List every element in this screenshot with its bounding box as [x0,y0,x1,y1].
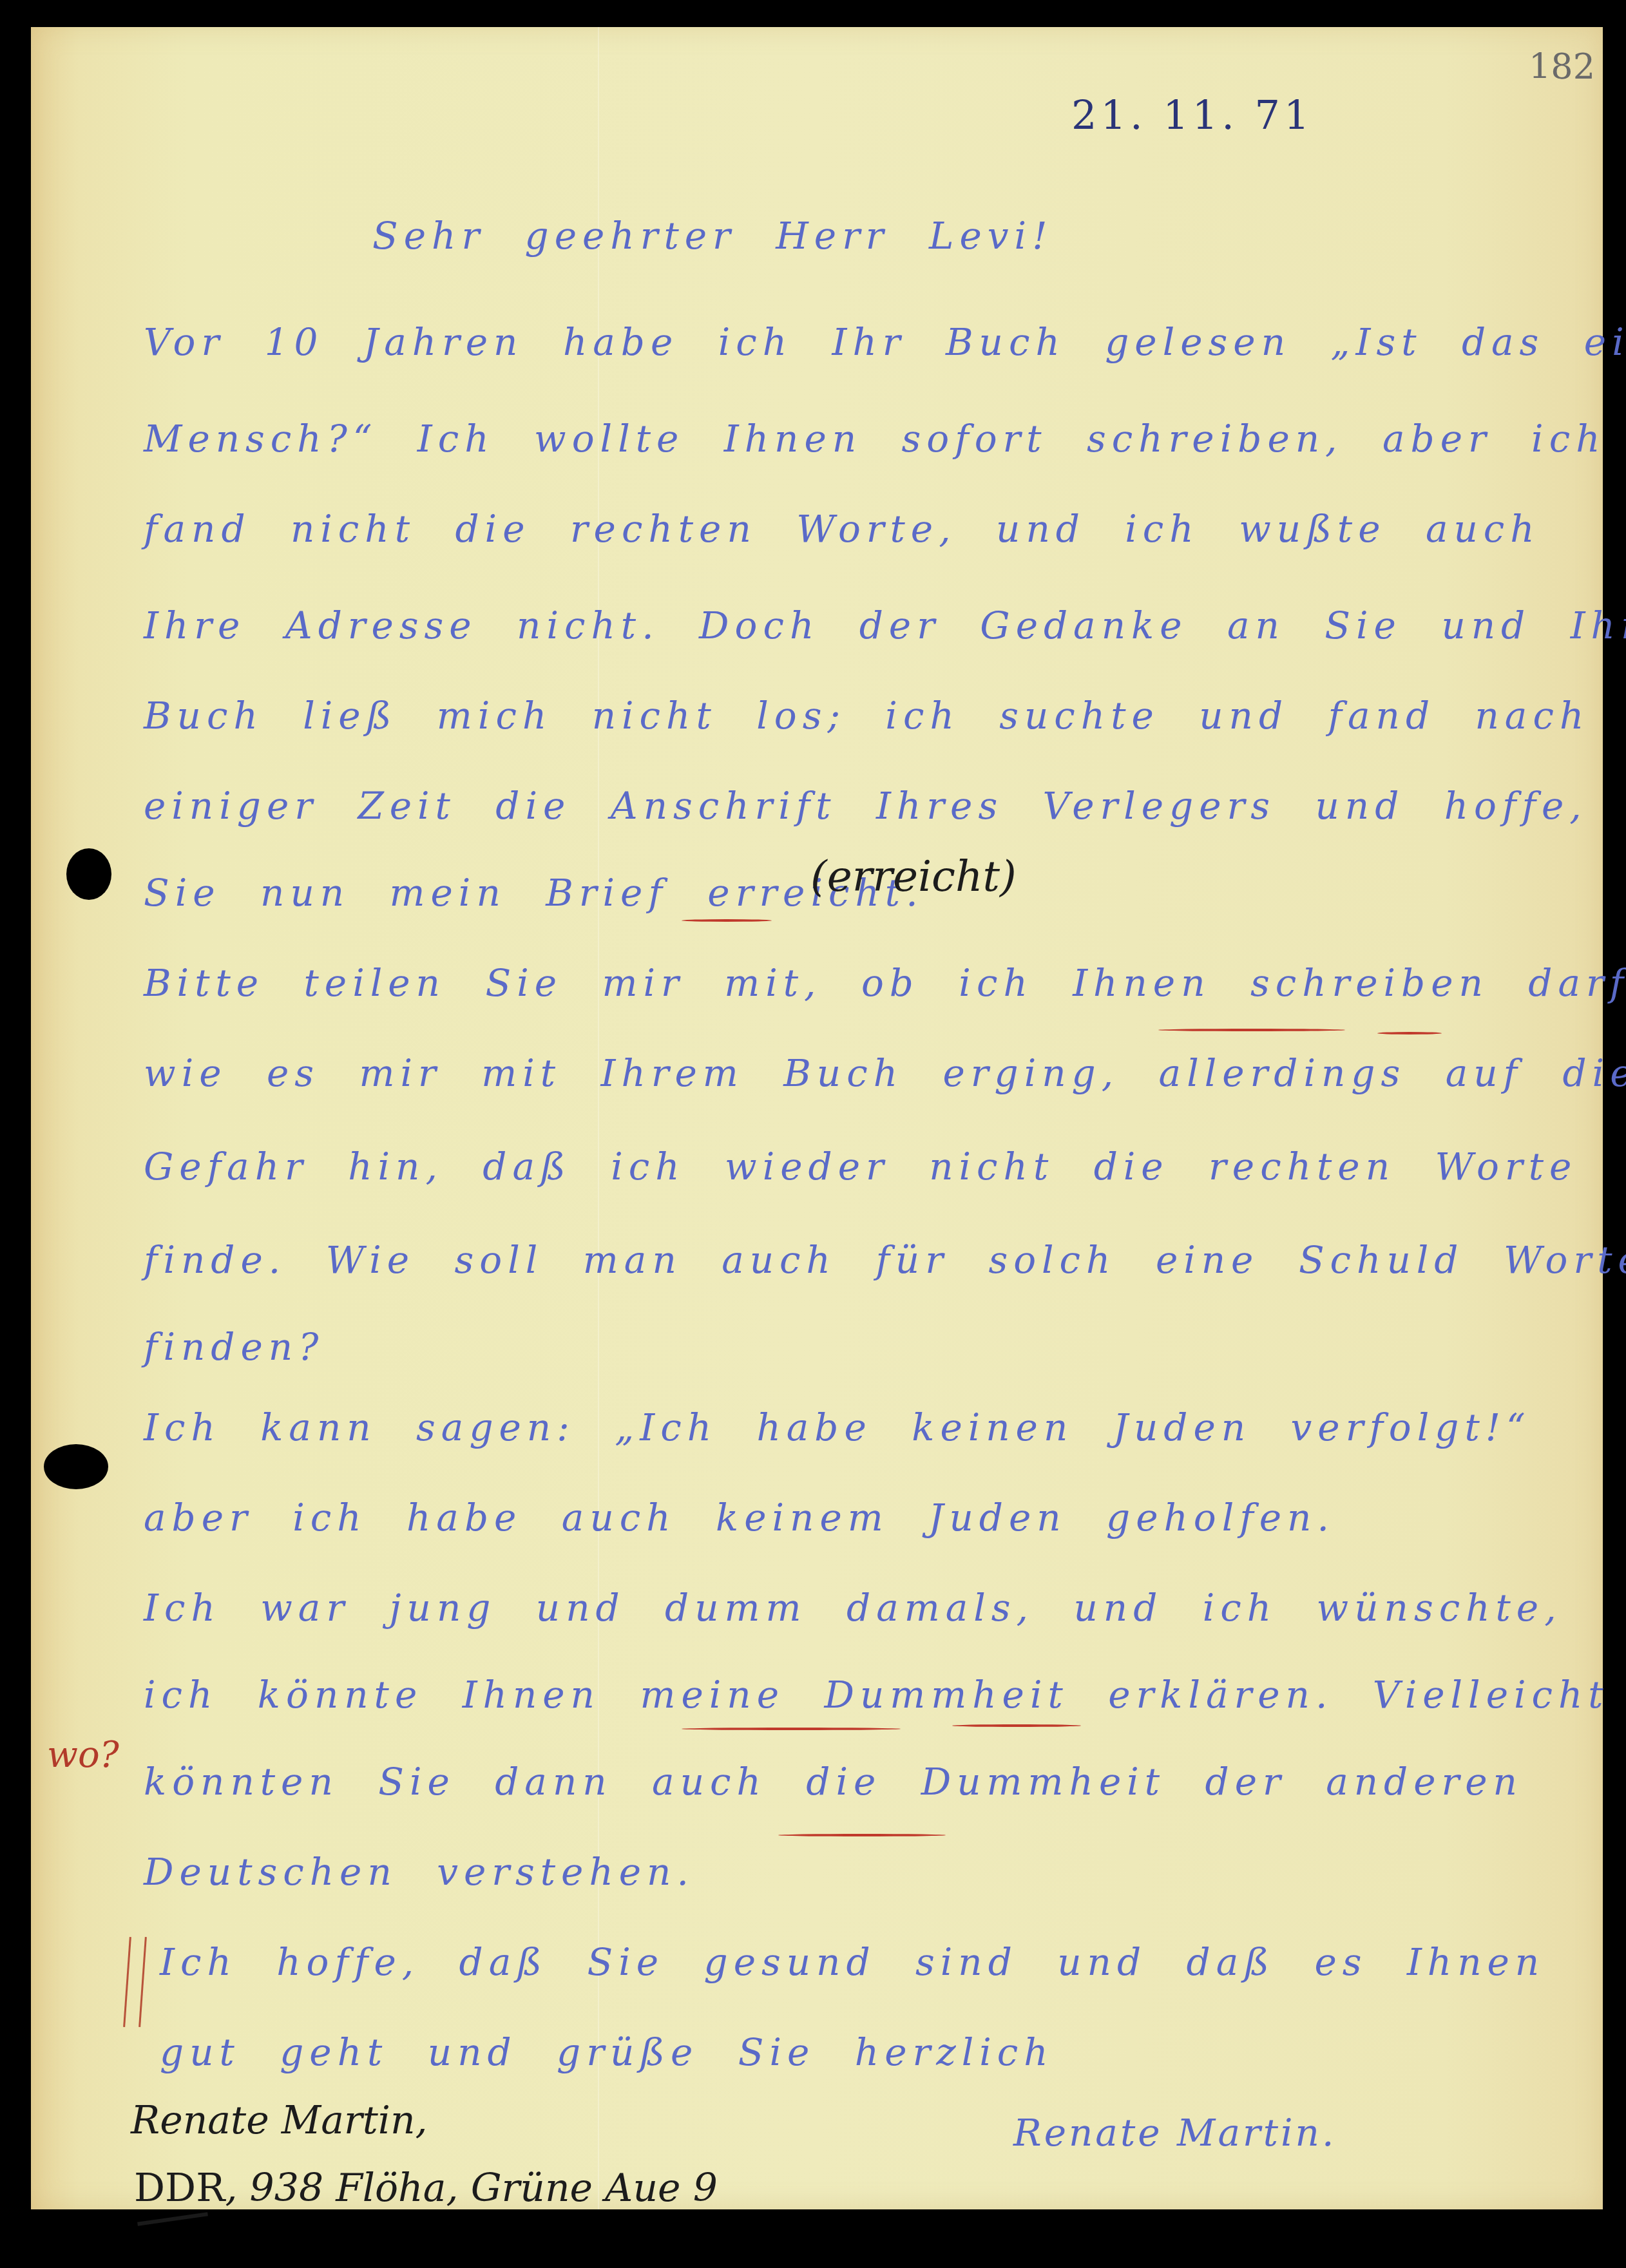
body-line-3: fand nicht die rechten Worte, und ich wu… [144,507,1540,551]
red-underline-dummheit-1 [682,1728,901,1730]
signature: Renate Martin. [1013,2111,1336,2155]
sender-name: Renate Martin, [131,2098,428,2143]
punch-hole-bottom [44,1444,108,1489]
body-line-2: Mensch?“ Ich wollte Ihnen sofort schreib… [144,417,1606,461]
letter-page: 182 21. 11. 71 Sehr geehrter Herr Levi! … [31,27,1603,2209]
margin-note-wo: wo? [47,1734,119,1776]
body-line-15: Ich war jung und dumm damals, und ich wü… [144,1586,1562,1630]
red-underline-erklaeren [952,1724,1081,1727]
body-line-1: Vor 10 Jahren habe ich Ihr Buch gelesen … [144,320,1626,364]
body-line-20: gut geht und grüße Sie herzlich [160,2030,1054,2074]
sender-country: DDR [134,2166,225,2211]
letter-date: 21. 11. 71 [1071,91,1314,138]
salutation: Sehr geehrter Herr Levi! [372,214,1053,258]
correction-note: (erreicht) [810,852,1017,901]
body-line-10: Gefahr hin, daß ich wieder nicht die rec… [144,1145,1577,1188]
sender-address: DDR, 938 Flöha, Grüne Aue 9 [134,2166,718,2211]
margin-bar-right [139,1937,147,2027]
body-line-14: aber ich habe auch keinem Juden geholfen… [144,1496,1335,1539]
body-line-5: Buch ließ mich nicht los; ich suchte und… [144,694,1589,738]
body-line-12: finden? [144,1325,324,1369]
red-underline-schreiben [1158,1029,1345,1031]
red-underline-darf [1377,1032,1442,1034]
body-line-7: Sie nun mein Brief erreicht. [144,871,924,915]
body-line-11: finde. Wie soll man auch für solch eine … [144,1238,1626,1282]
body-line-17: könnten Sie dann auch die Dummheit der a… [144,1760,1523,1804]
body-line-8: Bitte teilen Sie mir mit, ob ich Ihnen s… [144,961,1626,1005]
body-line-13: Ich kann sagen: „Ich habe keinen Juden v… [144,1406,1531,1449]
body-line-19: Ich hoffe, daß Sie gesund sind und daß e… [160,1940,1545,1984]
punch-hole-top [66,848,111,900]
body-line-16: ich könnte Ihnen meine Dummheit erklären… [144,1673,1609,1717]
body-line-4: Ihre Adresse nicht. Doch der Gedanke an … [144,604,1626,647]
margin-bar-left [123,1937,131,2027]
body-line-6: einiger Zeit die Anschrift Ihres Verlege… [144,784,1626,828]
sender-street: , 938 Flöha, Grüne Aue 9 [225,2166,717,2211]
red-underline-erreicht [682,919,772,922]
country-underline [137,2212,208,2225]
body-line-18: Deutschen verstehen. [144,1850,694,1894]
red-underline-dummheit-2 [778,1834,946,1836]
page-number: 182 [1529,46,1595,87]
body-line-9: wie es mir mit Ihrem Buch erging, allerd… [144,1051,1626,1095]
